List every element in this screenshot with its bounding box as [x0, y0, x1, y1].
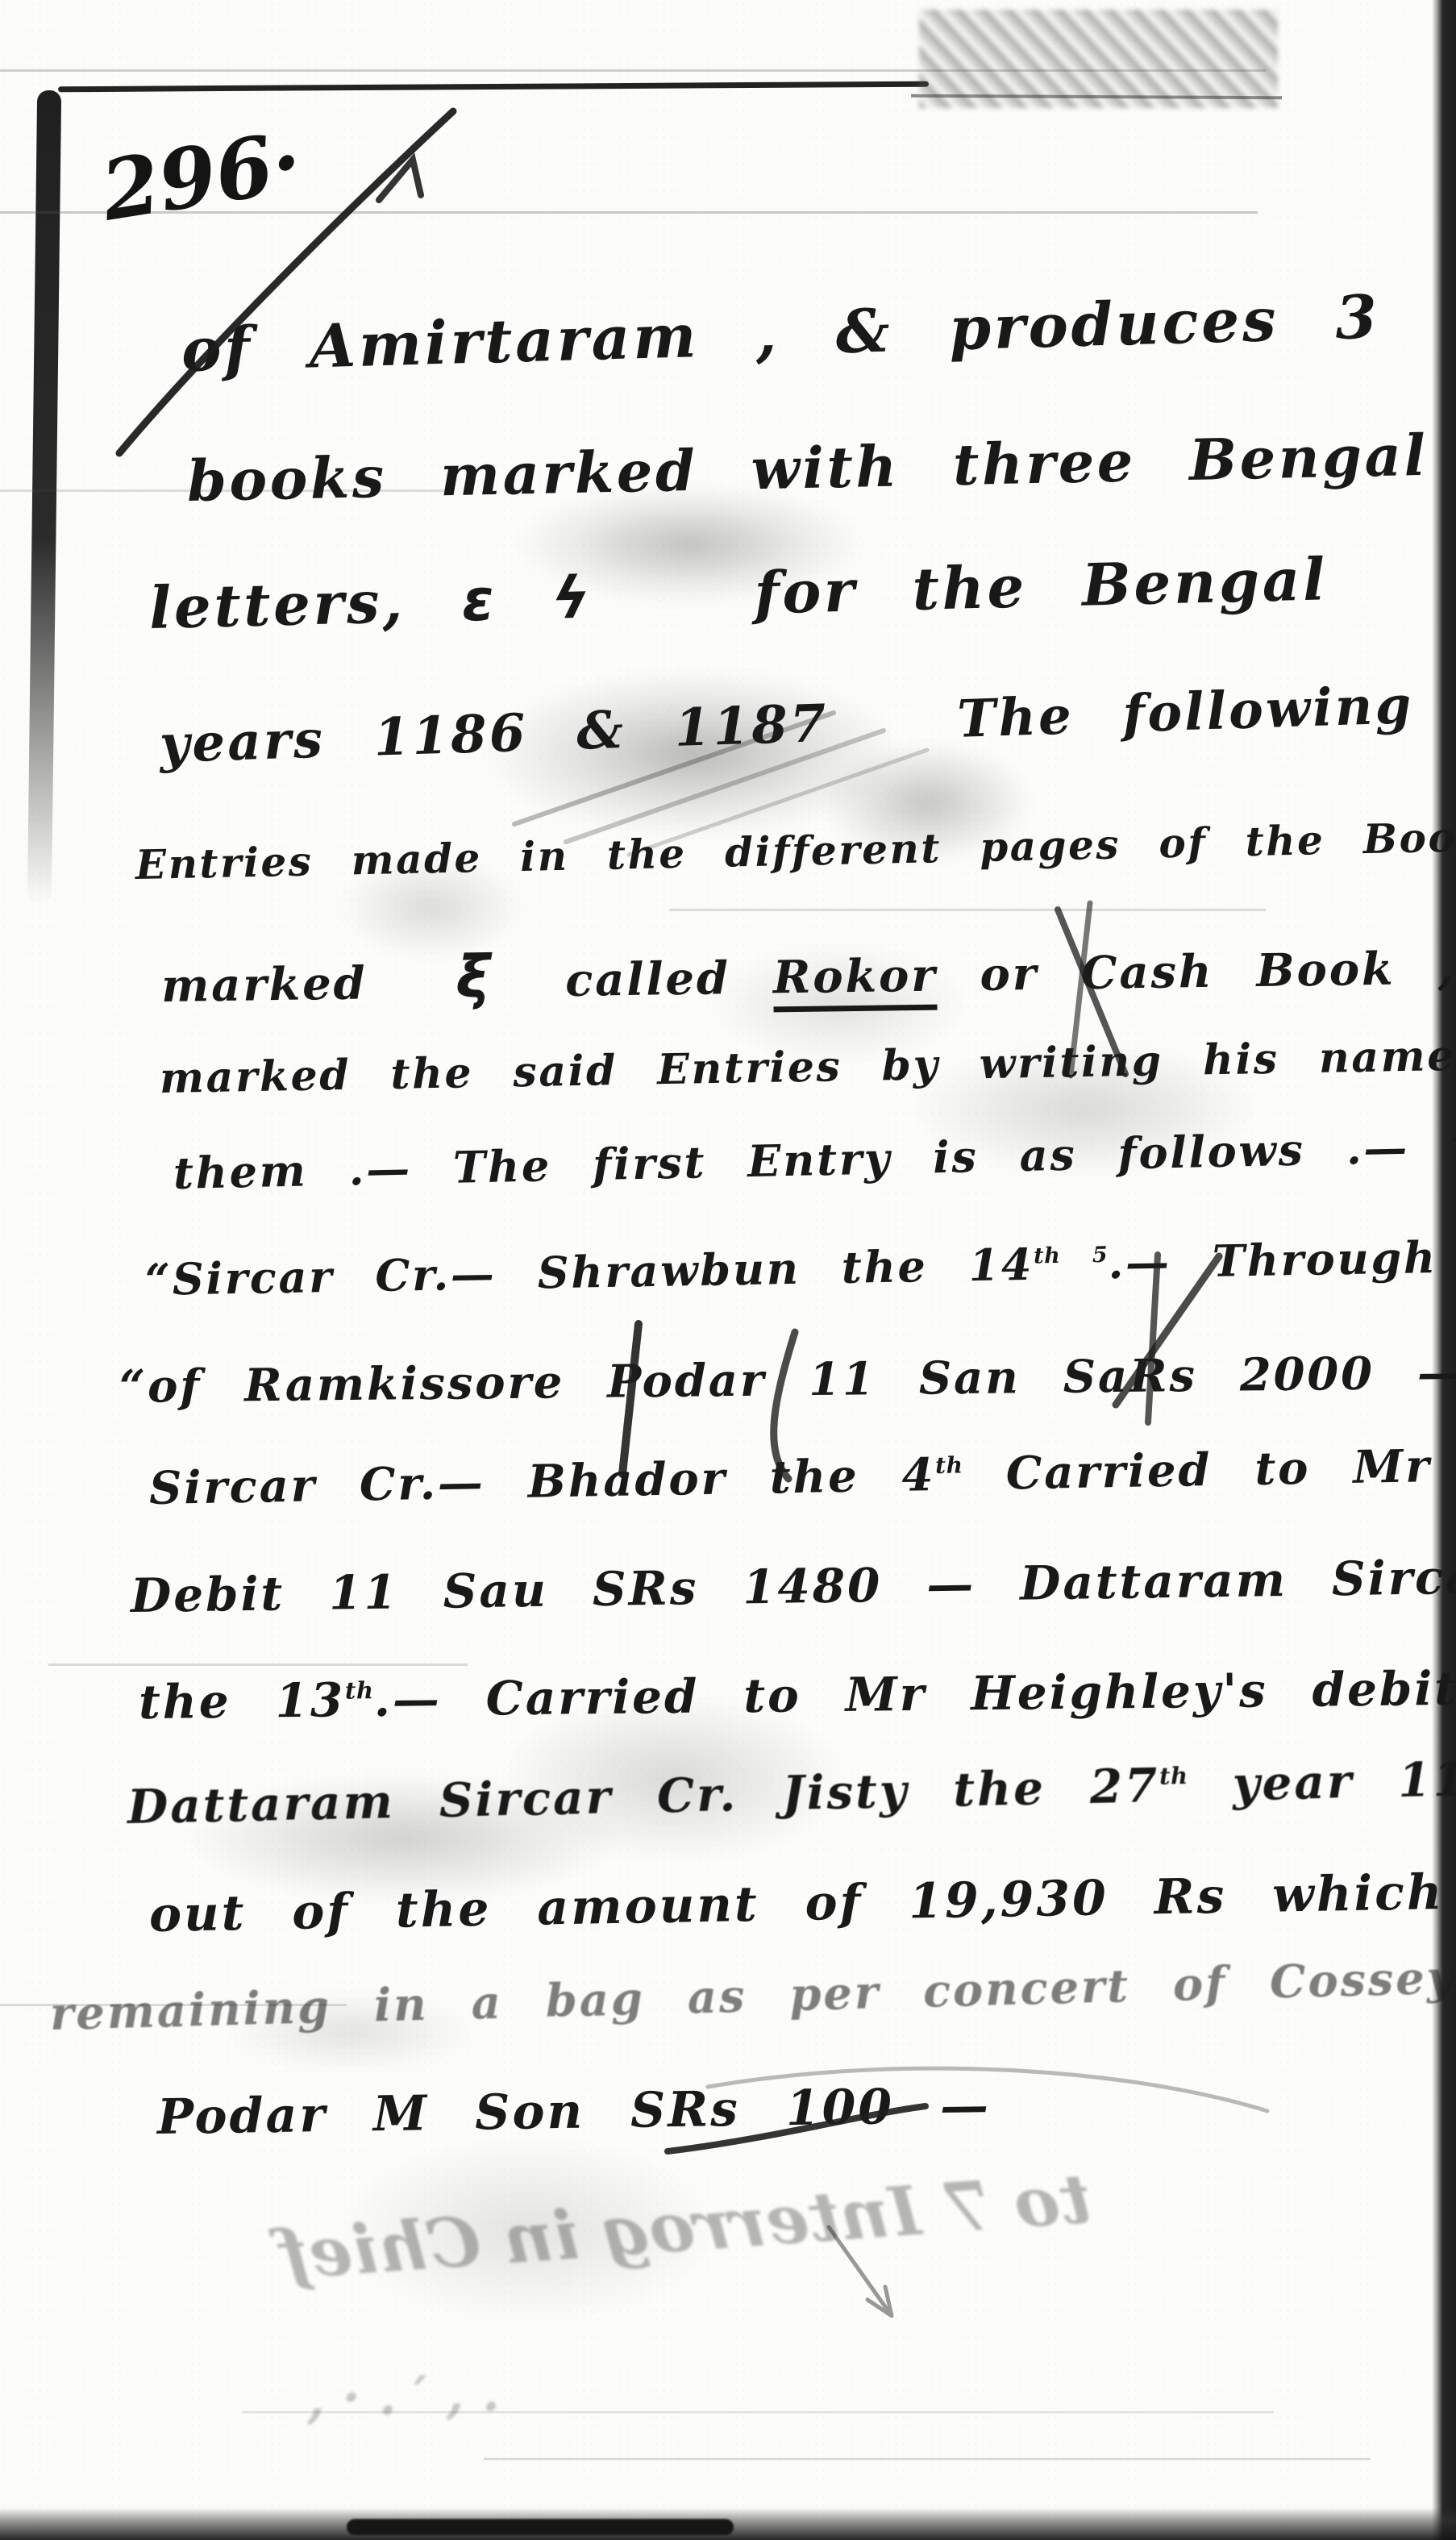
scan-edge-bottom-dark-segment — [347, 2519, 734, 2535]
page-number: 296· — [97, 120, 307, 233]
manuscript-page: 296· of Amirtaram , & produces 3 books m… — [0, 0, 1456, 2540]
scan-line — [0, 69, 1266, 72]
manuscript-line: Dattaram Sircar Cr. Jisty the 27th year … — [127, 1754, 1456, 1830]
superscript: th 5 — [1034, 1243, 1109, 1269]
line-gap — [642, 614, 755, 616]
manuscript-line: books marked with three Bengal — [186, 427, 1429, 510]
line-segment: .— Carried to Mr Heighley's debit 231 — — [373, 1659, 1456, 1727]
scan-edge-top — [58, 81, 929, 93]
line-segment: or Cash Book , and he has — [980, 936, 1456, 1001]
scan-line — [484, 2458, 1371, 2460]
superscript: th — [345, 1676, 374, 1704]
scan-edge-bottom — [0, 2508, 1456, 2540]
scan-line — [48, 1663, 468, 1666]
line-segment: years 1186 & 1187 — [159, 693, 830, 775]
manuscript-line: Podar M Son SRs 100 — — [157, 2082, 992, 2142]
superscript: th — [1159, 1762, 1188, 1790]
line-segment: called — [565, 951, 730, 1007]
bengali-marks: ε ϟ — [461, 564, 594, 635]
bengali-mark: ξ — [456, 943, 493, 1012]
line-segment: The following are the — [956, 665, 1456, 749]
line-segment: marked — [161, 956, 368, 1013]
manuscript-line: Entries made in the different pages of t… — [135, 817, 1456, 885]
bleedthrough-marks: , · . ′ , . — [306, 2367, 501, 2425]
line-segment: letters, — [148, 567, 406, 642]
line-segment: Sircar Cr.— Bhador the 4 — [148, 1448, 935, 1515]
line-segment: Carried to Mr Heighley's — [1005, 1434, 1456, 1500]
corner-shadow-patch — [919, 10, 1278, 108]
rokor-underlined: Rokor — [772, 949, 938, 1013]
caret-mark — [379, 160, 421, 200]
manuscript-line: Sircar Cr.— Bhador the 4th Carried to Mr… — [149, 1438, 1456, 1511]
manuscript-line: marked the said Entries by writing his n… — [160, 1033, 1456, 1100]
manuscript-line: of Amirtaram , & produces 3 — [181, 287, 1381, 380]
manuscript-line: the 13th.— Carried to Mr Heighley's debi… — [139, 1663, 1456, 1726]
manuscript-line: out of the amount of 19,930 Rs which was — [148, 1866, 1456, 1939]
manuscript-line: Debit 11 Sau SRs 1480 — Dattaram Sircar … — [131, 1548, 1456, 1619]
manuscript-line: remaining in a bag as per concert of Cos… — [49, 1955, 1455, 2037]
manuscript-line: markedξcalled Rokor or Cash Book , and h… — [160, 930, 1456, 1012]
line-segment: for the Bengal — [754, 544, 1329, 627]
scan-edge-top-faint — [911, 94, 1282, 99]
manuscript-line: them .— The first Entry is as follows .—… — [173, 1119, 1456, 1195]
manuscript-line: “Sircar Cr.— Shrawbun the 14th 5.— Throu… — [145, 1230, 1456, 1301]
scan-line — [669, 909, 1266, 911]
line-segment: Dattaram Sircar Cr. Jisty the 27 — [127, 1758, 1160, 1834]
manuscript-line: years 1186 & 1187The following are the — [159, 670, 1456, 771]
line-segment: “Sircar Cr.— Shrawbun the 14 — [144, 1239, 1034, 1305]
bleedthrough-text: to 7 Interrog in Chief — [112, 2154, 1258, 2301]
superscript: th — [935, 1451, 963, 1479]
line-segment: year 1187 — [1232, 1750, 1456, 1811]
scan-edge-left — [27, 90, 61, 905]
manuscript-line: letters,ε ϟfor the Bengal — [148, 550, 1329, 637]
manuscript-line: “of Ramkissore Podar 11 San SaRs 2000 — … — [119, 1347, 1456, 1409]
line-segment: the 13 — [139, 1672, 346, 1730]
line-segment: .— Through the means — [1108, 1226, 1456, 1289]
line-gap — [829, 737, 958, 741]
